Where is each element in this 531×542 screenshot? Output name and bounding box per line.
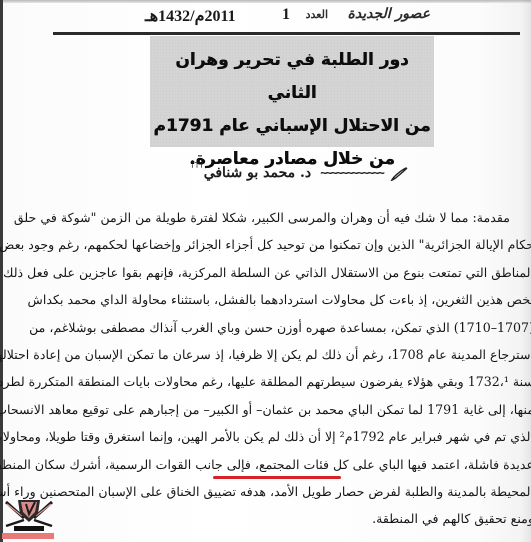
issue-number: 1	[282, 6, 290, 24]
body-line: المناطق التي تمتعت بنوع من الاستقلال الذ…	[52, 259, 531, 286]
body-line: ومنع تحقيق كالهم في المنطقة.	[52, 505, 531, 532]
body-line: مقدمة: مما لا شك فيه أن وهران والمرسى ال…	[52, 204, 531, 231]
body-line: سنة 1732،¹ وبقي هؤلاء يفرضون سيطرتهم الم…	[52, 368, 531, 395]
title-line-2: من الاحتلال الإسباني عام 1791م	[150, 110, 434, 143]
title-line-1: دور الطلبة في تحرير وهران الثاني	[150, 44, 434, 110]
scanned-page: عصور الجديدة العدد 1 2011م/1432هـ دور ال…	[0, 0, 531, 542]
body-line: حكام الإيالة الجزائرية" الذين وإن تمكنوا…	[52, 231, 531, 258]
body-line: استرجاع المدينة عام 1708، رغم أن ذلك لم …	[52, 341, 531, 368]
article-title-box: دور الطلبة في تحرير وهران الثاني من الاح…	[150, 36, 434, 147]
pen-nib-icon	[390, 166, 408, 180]
issue-date: 2011م/1432هـ	[145, 6, 236, 26]
running-header: عصور الجديدة العدد 1 2011م/1432هـ	[140, 6, 440, 26]
author-decoration: ~~~~~~~~~~~~	[320, 166, 383, 180]
body-line: منها، إلى غاية 1791 لما تمكن الباي محمد …	[52, 396, 531, 423]
page-top-edge	[0, 0, 531, 3]
author-line: ~~~~~~~~~~~~ د. محمد بو شنافي†††	[108, 162, 408, 186]
body-line-highlighted: عديدة فاشلة، اعتمد فيها الباي على كل فئا…	[52, 451, 531, 478]
author-footnote-mark: †††	[190, 160, 204, 170]
issue-label: العدد	[306, 8, 328, 21]
body-line: يخص هذين الثغرين، إذ باءت كل محاولات است…	[52, 286, 531, 313]
body-line: الذي تم في شهر فبراير عام 1792م² إلا أن …	[52, 423, 531, 450]
journal-name: عصور الجديدة	[348, 6, 430, 22]
watermark-banner	[2, 533, 54, 539]
body-line: المحيطة بالمدينة والطلبة لفرض حصار طويل …	[52, 478, 531, 505]
body-line: (1707–1710) الذي تمكن، بمساعدة صهره أوزن…	[52, 314, 531, 341]
author-name: د. محمد بو شنافي	[204, 165, 311, 181]
highlight-underline	[213, 476, 341, 479]
article-body: مقدمة: مما لا شك فيه أن وهران والمرسى ال…	[52, 204, 531, 533]
header-rule	[53, 32, 520, 35]
